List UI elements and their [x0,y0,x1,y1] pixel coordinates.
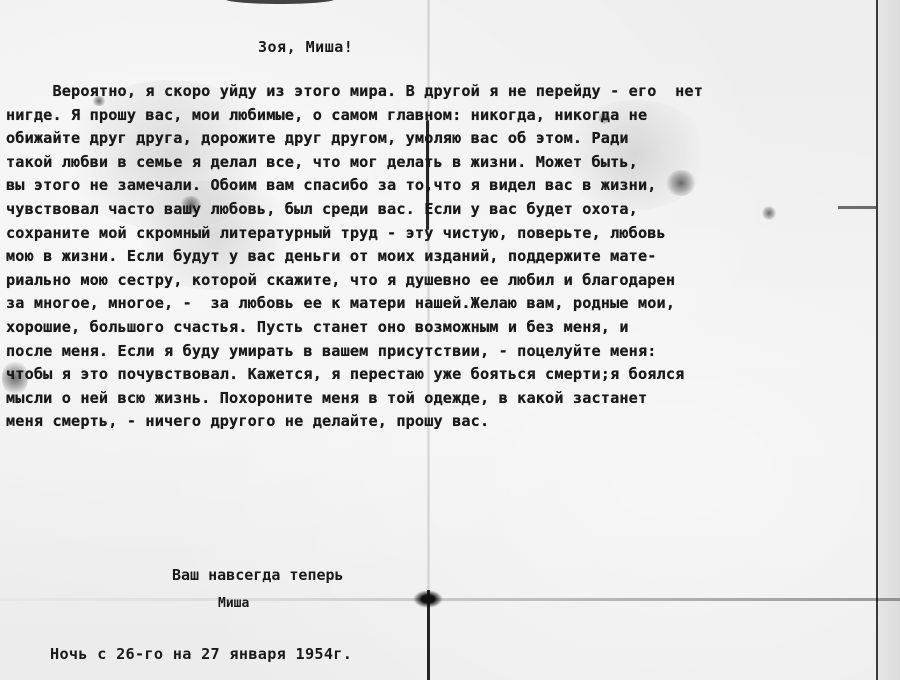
letter-line: хорошие, большого счастья. Пусть станет … [6,316,886,340]
letter-line: мою в жизни. Если будут у вас деньги от … [6,245,886,269]
letter-line: риально мою сестру, которой скажите, что… [6,269,886,293]
letter-closing: Ваш навсегда теперь [172,566,344,584]
letter-line: после меня. Если я буду умирать в вашем … [6,340,886,364]
letter-line: меня смерть, - ничего другого не делайте… [6,410,886,434]
fold-intersection [413,590,443,608]
letter-salutation: Зоя, Миша! [258,38,353,56]
letter-body: Вероятно, я скоро уйду из этого мира. В … [6,80,886,434]
letter-line: нигде. Я прошу вас, мои любимые, о самом… [6,104,886,128]
letter-signature: Миша [218,596,249,611]
letter-line: вы этого не замечали. Обоим вам спасибо … [6,174,886,198]
letter-line: Вероятно, я скоро уйду из этого мира. В … [6,80,886,104]
letter-paper: Зоя, Миша! Вероятно, я скоро уйду из это… [0,0,900,680]
letter-line: сохраните мой скромный литературный труд… [6,222,886,246]
horizontal-fold-line [0,598,900,601]
letter-line: за многое, многое, - за любовь ее к мате… [6,292,886,316]
ink-blot-top [225,0,335,4]
letter-date: Ночь с 26-го на 27 января 1954г. [50,645,352,663]
letter-line: чтобы я это почувствовал. Кажется, я пер… [6,363,886,387]
letter-line: чувствовал часто вашу любовь, был среди … [6,198,886,222]
letter-line: такой любви в семье я делал все, что мог… [6,151,886,175]
letter-line: мысли о ней всю жизнь. Похороните меня в… [6,387,886,411]
letter-line: обижайте друг друга, дорожите друг друго… [6,127,886,151]
